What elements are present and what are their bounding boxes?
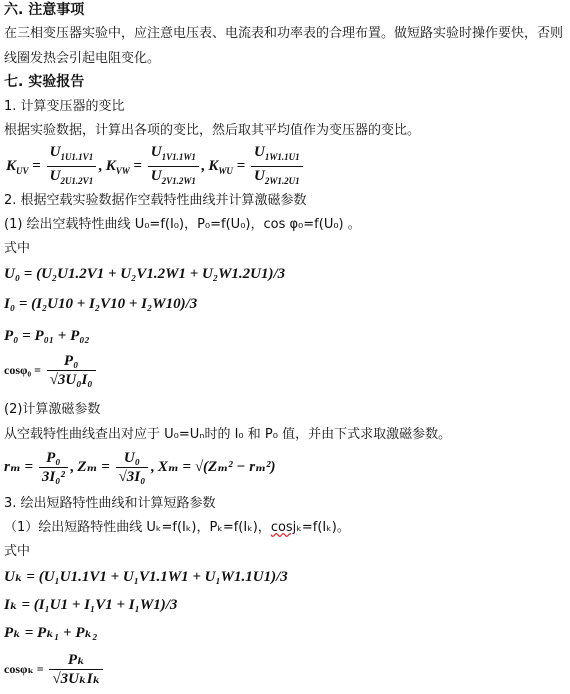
k-vw-subscript: VW <box>116 166 130 176</box>
numerator: P₀ <box>47 353 96 371</box>
numerator: U <box>254 144 265 160</box>
denominator: U <box>151 168 162 184</box>
section-6-paragraph-line-1: 在三相变压器实验中，应注意电压表、电流表和功率表的合理布置。做短路实验时操作要快… <box>4 26 563 42</box>
formula-i0: I₀ = (I₂U10 + I₂V10 + I₂W10)/3 <box>4 296 197 312</box>
item-2-sub-2-description: 从空载特性曲线查出对应于 U₀=Uₙ时的 I₀ 和 P₀ 值，并由下式求取激磁参… <box>4 427 451 443</box>
no-load-curve-label: (1) 绘出空载特性曲线 <box>4 217 131 232</box>
cos-phi0-lhs: cosφ₀ = <box>4 363 41 377</box>
cos-phik-fraction: Pₖ √3UₖIₖ <box>49 652 103 687</box>
formula-cos-phi0: cosφ₀ = P₀ √3U₀I₀ <box>4 353 98 388</box>
item-1-title: 1. 计算变压器的变比 <box>4 99 125 115</box>
zm-fraction: U₀ √3I₀ <box>116 450 149 485</box>
rm-fraction: P₀ 3I₀² <box>39 450 68 485</box>
item-1-description: 根据实验数据，计算出各项的变比，然后取其平均值作为变压器的变比。 <box>4 123 420 139</box>
denominator: 3I₀² <box>39 468 68 485</box>
item-3-sub-1: （1）绘出短路特性曲线 Uₖ=f(Iₖ)，Pₖ=f(Iₖ)，cosjₖ=f(Iₖ… <box>4 520 350 536</box>
numerator-subscript: 1W1.1U1 <box>265 152 300 162</box>
k-symbol: K <box>106 158 116 174</box>
formula-excitation-params: rₘ = P₀ 3I₀² , Zₘ = U₀ √3I₀ , Xₘ = √(Zₘ²… <box>4 450 276 485</box>
denominator: √3UₖIₖ <box>49 670 103 687</box>
numerator: U <box>50 144 61 160</box>
numerator: P₀ <box>39 450 68 468</box>
k-vw-fraction: U1V1.1W1 U2V1.2W1 <box>148 144 199 189</box>
item-2-title: 2. 根据空载实验数据作空载特性曲线并计算激磁参数 <box>4 193 307 209</box>
formula-u0: U₀ = (U₂U1.2V1 + U₂V1.2W1 + U₂W1.2U1)/3 <box>4 266 285 282</box>
xm-formula: Xₘ = √(Zₘ² − rₘ²) <box>158 459 276 475</box>
numerator-subscript: 1V1.1W1 <box>162 152 196 162</box>
zm-lhs: Zₘ = <box>77 459 109 475</box>
numerator: U <box>151 144 162 160</box>
numerator-subscript: 1U1.1V1 <box>60 152 93 162</box>
denominator-subscript: 2V1.2W1 <box>162 176 196 186</box>
k-symbol: K <box>6 158 16 174</box>
item-3-title: 3. 绘出短路特性曲线和计算短路参数 <box>4 496 216 512</box>
item-2-sub-2: (2)计算激磁参数 <box>4 402 100 418</box>
short-circuit-curve-functions-end: ₖ=f(Iₖ)。 <box>296 520 350 535</box>
formula-p0: P₀ = P₀₁ + P₀₂ <box>4 328 90 344</box>
short-circuit-curve-functions: Uₖ=f(Iₖ)，Pₖ=f(Iₖ)， <box>146 520 270 535</box>
cos-phi0-fraction: P₀ √3U₀I₀ <box>47 353 96 388</box>
spellcheck-underlined-cosj: cosj <box>271 520 297 535</box>
where-label: 式中 <box>4 241 30 257</box>
ratio-formula: KUV = U1U1.1V1 U2U1.2V1 , KVW = U1V1.1W1… <box>6 144 305 189</box>
denominator-subscript: 2U1.2V1 <box>60 176 93 186</box>
formula-cos-phik: cosφₖ = Pₖ √3UₖIₖ <box>4 652 105 687</box>
item-2-sub-1: (1) 绘出空载特性曲线 U₀=f(I₀)，P₀=f(U₀)，cos φ₀=f(… <box>4 217 361 233</box>
formula-uk: Uₖ = (U₁U1.1V1 + U₁V1.1W1 + U₁W1.1U1)/3 <box>4 569 288 585</box>
denominator: U <box>254 168 265 184</box>
denominator: √3I₀ <box>116 468 149 485</box>
cos-phik-lhs: cosφₖ = <box>4 662 44 676</box>
denominator: √3U₀I₀ <box>47 371 96 388</box>
k-symbol: K <box>208 158 218 174</box>
short-circuit-curve-label: （1）绘出短路特性曲线 <box>4 520 142 535</box>
no-load-curve-functions: U₀=f(I₀)，P₀=f(U₀)，cos φ₀=f(U₀) 。 <box>135 217 361 232</box>
section-6-heading: 六. 注意事项 <box>4 2 84 18</box>
denominator-subscript: 2W1.2U1 <box>265 176 300 186</box>
k-uv-fraction: U1U1.1V1 U2U1.2V1 <box>47 144 97 189</box>
numerator: U₀ <box>116 450 149 468</box>
section-7-heading: 七. 实验报告 <box>4 74 84 90</box>
formula-ik: Iₖ = (I₁U1 + I₁V1 + I₁W1)/3 <box>4 597 177 613</box>
where-label-2: 式中 <box>4 544 30 560</box>
k-wu-subscript: WU <box>218 166 233 176</box>
formula-pk: Pₖ = Pₖ₁ + Pₖ₂ <box>4 625 98 641</box>
rm-lhs: rₘ = <box>4 459 33 475</box>
k-wu-fraction: U1W1.1U1 U2W1.2U1 <box>251 144 303 189</box>
denominator: U <box>50 168 61 184</box>
k-uv-subscript: UV <box>16 166 29 176</box>
section-6-paragraph-line-2: 线圈发热会引起电阻变化。 <box>4 51 160 67</box>
numerator: Pₖ <box>49 652 103 670</box>
